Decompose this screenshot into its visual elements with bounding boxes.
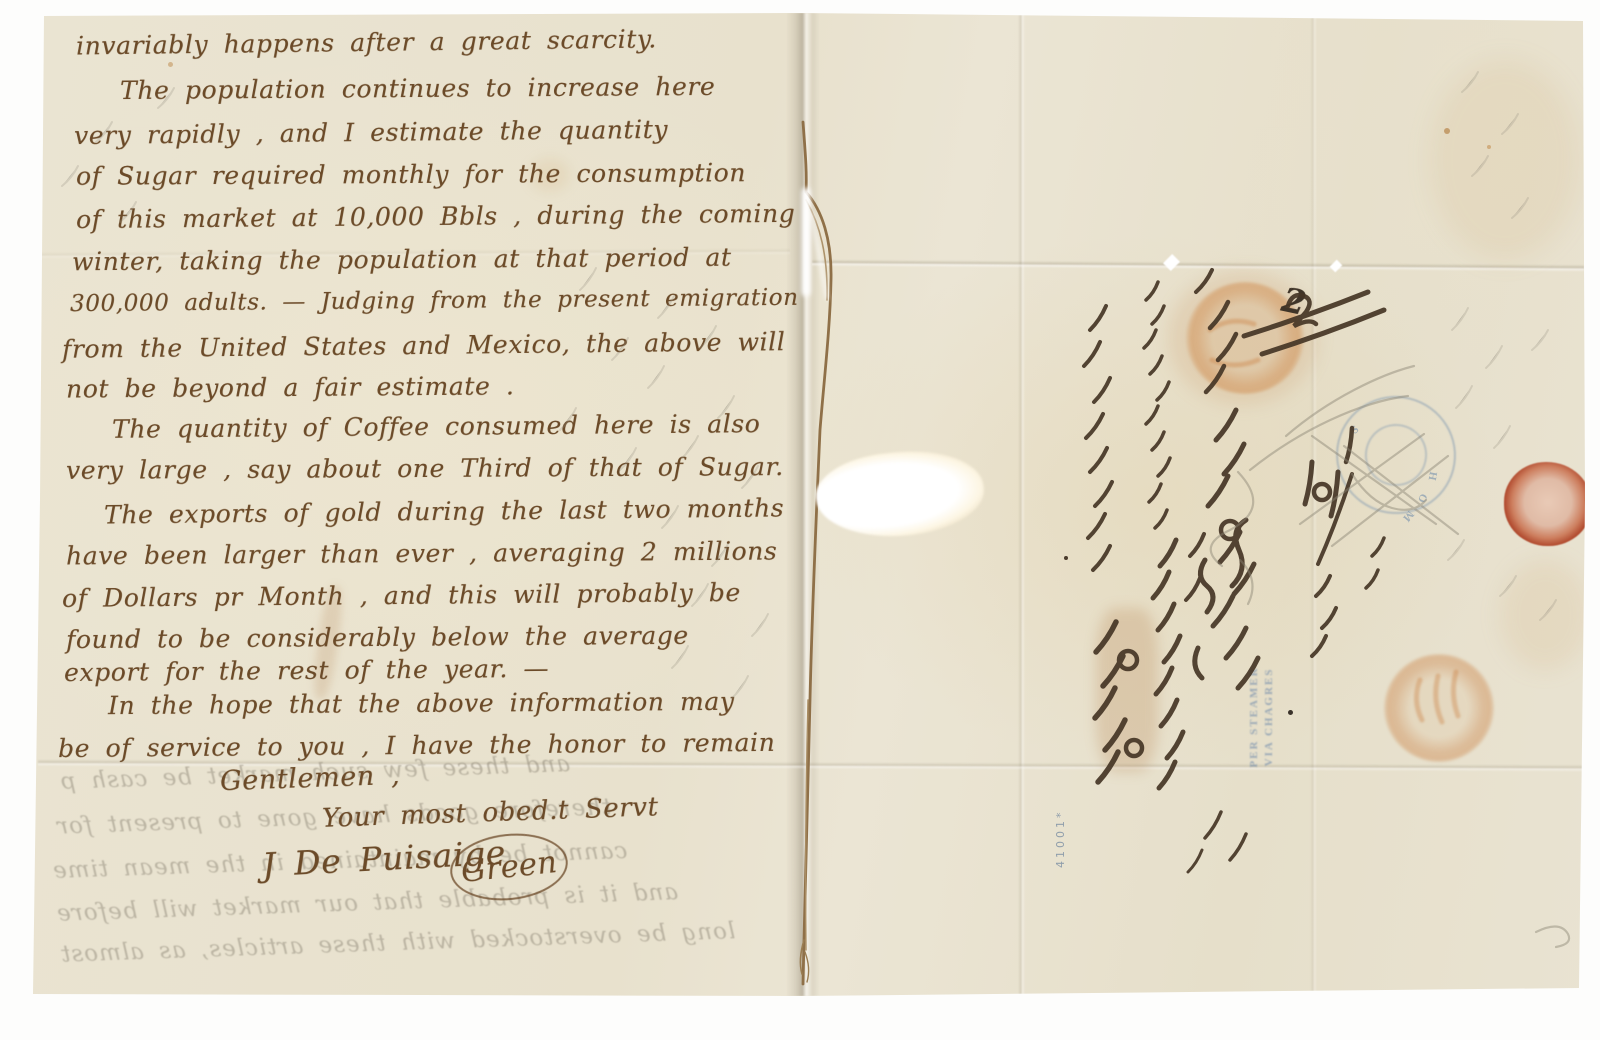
letter-sheet: H O M S PER STEAMER VIA CHAGRES 41001* 2… [0,0,1600,1040]
paper-hole [812,443,988,544]
fold-tear-nick [1330,260,1343,273]
letter-line: The quantity of Coffee consumed here is … [112,411,761,442]
letter-line: winter, taking the population at that pe… [72,245,732,275]
center-fold-crease [786,13,820,996]
letter-line: have been larger than ever , averaging 2… [66,539,777,569]
ink-speck [1288,710,1293,715]
photograph-background: H O M S PER STEAMER VIA CHAGRES 41001* 2… [0,0,1600,1040]
letter-line: invariably happens after a great scarcit… [76,26,657,58]
letter-line: export for the rest of the year. — [64,656,549,685]
stain [1430,60,1580,260]
vertical-fold-crease [1310,16,1317,996]
foxing-speck [1444,128,1450,134]
forwarding-stamp-line: PER STEAMER [1248,666,1260,767]
letter-line: of Dollars pr Month , and this will prob… [62,580,741,611]
tape-residue-stain [1096,608,1158,772]
accession-number: 41001* [1054,810,1067,869]
letter-line: very rapidly , and I estimate the quanti… [74,117,668,148]
letter-line: not be beyond a fair estimate . [66,373,515,401]
letter-line: of this market at 10,000 Bbls , during t… [76,201,795,232]
letter-line: The population continues to increase her… [120,74,715,103]
closing-salutation: Gentlemen , [220,762,401,795]
ink-speck [1064,556,1068,560]
bleedthrough-line: and it is probable that our market will … [56,881,679,926]
orange-postmark-bottom [1384,654,1494,762]
letter-line: The exports of gold during the last two … [104,495,784,527]
letter-line: found to be considerably below the avera… [66,623,689,652]
letter-line: 300,000 adults. — Judging from the prese… [70,287,799,316]
signature-surname: Green [459,844,558,890]
red-wax-seal [1504,462,1592,546]
postmark-letter: H [1426,471,1439,482]
vertical-fold-crease [1018,14,1025,996]
letter-line: from the United States and Mexico, the a… [62,329,786,362]
foxing-speck [168,62,173,67]
foxing-speck [1487,145,1491,149]
letter-line: very large , say about one Third of that… [66,454,784,483]
bleedthrough-line: long be overstocked with these articles,… [60,920,736,967]
horizontal-fold-crease [812,259,1584,271]
closing-valediction: Your most obed.t Servt [322,794,659,832]
letter-line: of Sugar required monthly for the consum… [76,160,746,189]
letter-line: In the hope that the above information m… [108,689,735,718]
blue-circular-datestamp [1324,383,1469,527]
forwarding-stamp-line: VIA CHAGRES [1263,668,1275,767]
stain [1500,560,1590,670]
blue-forwarding-handstamp: PER STEAMER VIA CHAGRES [1238,642,1284,792]
letter-line: be of service to you , I have the honor … [58,730,775,761]
